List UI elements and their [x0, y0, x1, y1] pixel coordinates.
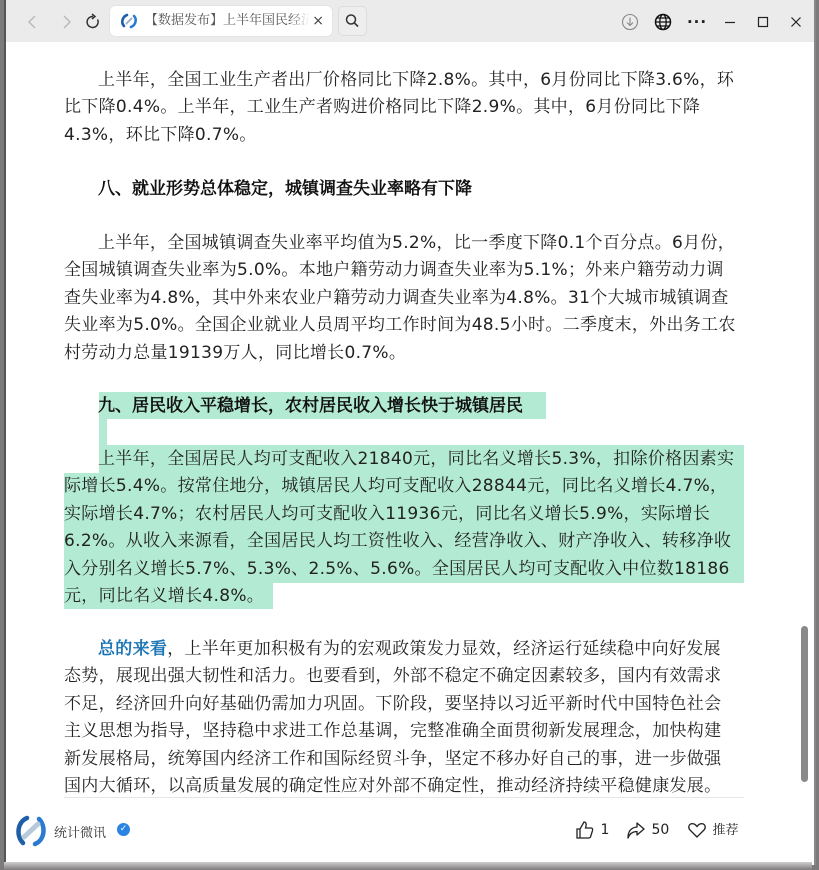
text-line: 际增长5.4%。按常住地分，城镇居民人均可支配收入28844元，同比名义增长4.… [64, 473, 744, 500]
text-line: 全国城镇调查失业率为5.0%。本地户籍劳动力调查失业率为5.1%；外来户籍劳动力… [64, 257, 744, 284]
share-icon [625, 819, 647, 841]
close-window-button[interactable] [785, 11, 807, 33]
text-line: 不足，经济回升向好基础仍需加力巩固。下阶段，要坚持以习近平新时代中国特色社会 [64, 691, 744, 718]
text-line: ，上半年更加积极有为的宏观政策发力显效，经济运行延续稳中向好发展 [167, 639, 721, 659]
search-icon [339, 7, 366, 35]
text-line: 失业率为5.0%。全国企业就业人员周平均工作时间为48.5小时。二季度末，外出务… [64, 312, 744, 339]
verified-badge-icon: ✓ [117, 823, 130, 836]
more-button[interactable]: ··· [686, 11, 708, 33]
reload-icon [82, 11, 104, 33]
paragraph-summary: 总的来看，上半年更加积极有为的宏观政策发力显效，经济运行延续稳中向好发展 态势，… [64, 636, 744, 800]
paragraph-income: 上半年，全国居民人均可支配收入21840元，同比名义增长5.3%，扣除价格因素实… [64, 446, 744, 610]
paragraph-ppi: 上半年，全国工业生产者出厂价格同比下降2.8%。其中，6月份同比下降3.6%，环… [64, 67, 744, 149]
author-logo-icon[interactable] [14, 814, 48, 848]
text-line: 村劳动力总量19139万人，同比增长0.7%。 [64, 340, 744, 367]
chevron-left-icon [22, 11, 44, 33]
title-bar: 【数据发布】上半年国民经济 × ··· [6, 0, 814, 42]
heart-icon [686, 819, 708, 841]
maximize-icon [752, 11, 774, 33]
text-line: 态势，展现出强大韧性和活力。也要看到，外部不稳定不确定因素较多，国内有效需求 [64, 663, 744, 690]
close-icon [785, 11, 807, 33]
author-name[interactable]: 统计微讯 [54, 822, 106, 841]
divider [64, 797, 744, 798]
text-line: 新发展格局，统筹国内经济工作和国际经贸斗争，坚定不移办好自己的事，进一步做强 [64, 746, 744, 773]
chevron-right-icon [55, 11, 77, 33]
browser-window: 【数据发布】上半年国民经济 × ··· 上半年，全国工业生产者出厂价格同比下降2… [4, 0, 816, 865]
text-line: 4.3%，环比下降0.7%。 [64, 122, 744, 149]
text-line: 比下降0.4%。上半年，工业生产者购进价格同比下降2.9%。其中，6月份同比下降 [64, 94, 744, 121]
window-shadow [4, 862, 812, 870]
recommend-button[interactable]: 推荐 [686, 818, 738, 842]
tab-title: 【数据发布】上半年国民经济 [145, 13, 310, 29]
recommend-label: 推荐 [712, 823, 738, 838]
download-icon [619, 11, 641, 33]
text-line: 6.2%。从收入来源看，全国居民人均工资性收入、经营净收入、财产净收入、转移净收 [64, 528, 744, 555]
globe-button[interactable] [652, 11, 674, 33]
section-heading-income: 九、居民收入平稳增长，农村居民收入增长快于城镇居民 [98, 393, 523, 420]
like-count: 1 [600, 822, 609, 838]
download-button[interactable] [619, 11, 641, 33]
forward-button[interactable] [55, 11, 77, 33]
paragraph-employment: 上半年，全国城镇调查失业率平均值为5.2%，比一季度下降0.1个百分点。6月份，… [64, 230, 744, 367]
share-count: 50 [651, 822, 669, 838]
search-button[interactable] [338, 6, 367, 36]
text-line: 上半年，全国居民人均可支配收入21840元，同比名义增长5.3%，扣除价格因素实 [98, 449, 734, 469]
maximize-button[interactable] [752, 11, 774, 33]
vertical-scrollbar[interactable] [801, 626, 808, 782]
minimize-icon [719, 11, 741, 33]
share-button[interactable]: 50 [625, 818, 669, 842]
text-line: 实际增长4.7%；农村居民人均可支配收入11936元，同比名义增长5.9%，实际… [64, 501, 744, 528]
text-line: 上半年，全国城镇调查失业率平均值为5.2%，比一季度下降0.1个百分点。6月份， [98, 233, 735, 253]
text-line: 入分别名义增长5.7%、5.3%、2.5%、5.6%。全国居民人均可支配收入中位… [64, 556, 744, 583]
active-tab[interactable]: 【数据发布】上半年国民经济 × [110, 6, 332, 36]
globe-icon [652, 11, 674, 33]
text-line: 主义思想为指导，坚持稳中求进工作总基调，完整准确全面贯彻新发展理念，加快构建 [64, 718, 744, 745]
tab-close-button[interactable]: × [312, 12, 324, 30]
like-button[interactable]: 1 [574, 818, 609, 842]
site-favicon-icon [120, 13, 138, 29]
back-button[interactable] [22, 11, 44, 33]
text-line: 查失业率为4.8%，其中外来农业户籍劳动力调查失业率为4.8%。31个大城市城镇… [64, 285, 744, 312]
article-footer: 统计微讯 ✓ 1 50 推荐 [6, 808, 792, 858]
summary-lead: 总的来看 [98, 639, 167, 659]
article-content: 上半年，全国工业生产者出厂价格同比下降2.8%。其中，6月份同比下降3.6%，环… [6, 42, 792, 822]
text-line: 元，同比名义增长4.8%。 [64, 583, 744, 610]
minimize-button[interactable] [719, 11, 741, 33]
selection-highlight [99, 419, 107, 445]
text-line: 上半年，全国工业生产者出厂价格同比下降2.8%。其中，6月份同比下降3.6%，环 [98, 70, 734, 90]
reload-button[interactable] [82, 11, 104, 33]
section-heading-employment: 八、就业形势总体稳定，城镇调查失业率略有下降 [98, 176, 472, 203]
thumbs-up-icon [574, 819, 596, 841]
